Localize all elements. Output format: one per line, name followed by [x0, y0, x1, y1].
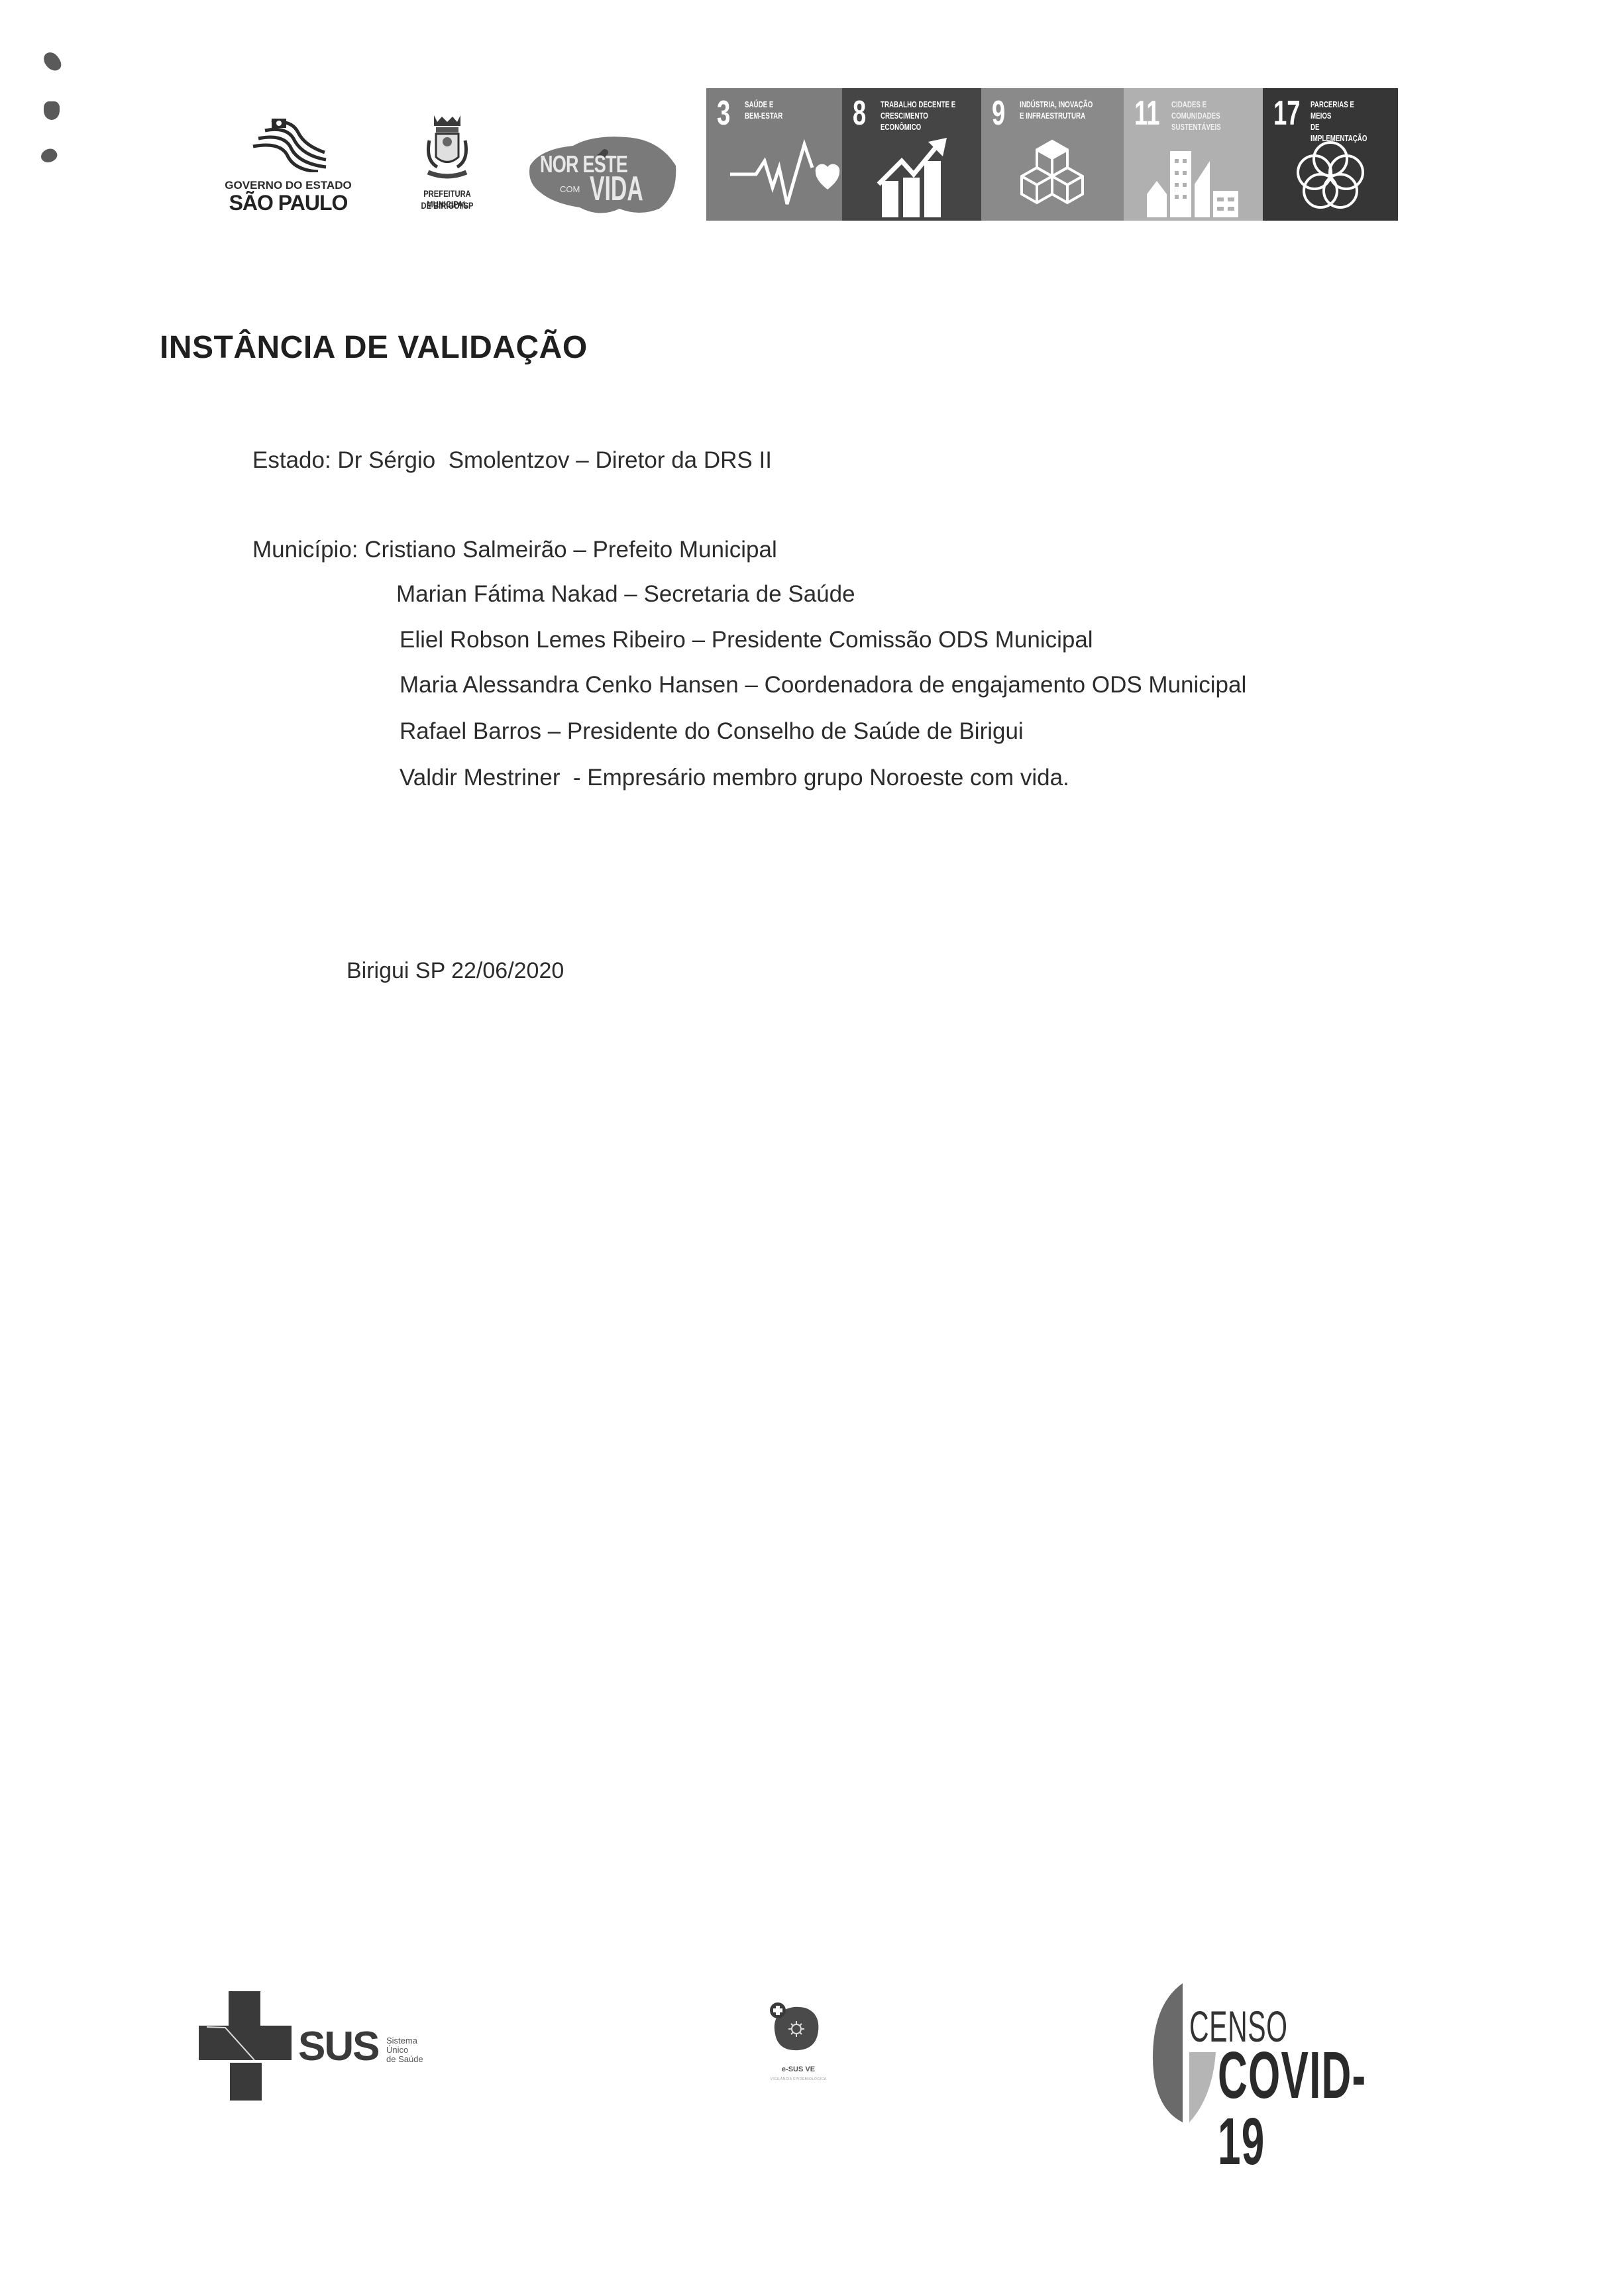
sus-sub-line: Sistema [386, 2036, 423, 2046]
member-line: Rafael Barros – Presidente do Conselho d… [400, 718, 1024, 745]
member-line: Eliel Robson Lemes Ribeiro – Presidente … [400, 627, 1093, 653]
member-line: Maria Alessandra Cenko Hansen – Coordena… [400, 672, 1246, 698]
sdg-number: 9 [992, 96, 1005, 131]
sus-subtitle: Sistema Único de Saúde [386, 2036, 423, 2064]
sdg-label: CIDADES E COMUNIDADES SUSTENTÁVEIS [1171, 99, 1221, 133]
estado-line: Estado: Dr Sérgio Smolentzov – Diretor d… [252, 447, 772, 474]
city-buildings-icon [1124, 138, 1263, 217]
noroeste-com: COM [560, 184, 580, 194]
place-date: Birigui SP 22/06/2020 [347, 958, 564, 984]
sus-wordmark: SUS [298, 2023, 378, 2070]
birigui-crest-icon [424, 114, 470, 184]
esus-ve-label: e-SUS VE [762, 2065, 835, 2073]
sdg-tile-11: 11 CIDADES E COMUNIDADES SUSTENTÁVEIS [1124, 88, 1263, 221]
sdg-tile-9: 9 INDÚSTRIA, INOVAÇÃO E INFRAESTRUTURA [981, 88, 1124, 221]
sao-paulo-line1: GOVERNO DO ESTADO [219, 179, 358, 192]
sdg-goals-strip: 3 SAÚDE E BEM-ESTAR 8 TRABALHO DECENTE E… [706, 88, 1405, 221]
municipio-line: Município: Cristiano Salmeirão – Prefeit… [252, 537, 777, 563]
cubes-icon [981, 138, 1124, 217]
sdg-label: SAÚDE E BEM-ESTAR [745, 99, 782, 121]
esus-ve-subtitle: VIGILÂNCIA EPIDEMIOLÓGICA [762, 2077, 835, 2081]
sdg-tile-17: 17 PARCERIAS E MEIOS DE IMPLEMENTAÇÃO [1263, 88, 1398, 221]
sus-sub-line: de Saúde [386, 2055, 423, 2064]
heartbeat-icon [706, 138, 842, 217]
sdg-number: 11 [1134, 96, 1159, 131]
page-title: INSTÂNCIA DE VALIDAÇÃO [160, 329, 588, 366]
sao-paulo-government-logo: GOVERNO DO ESTADO SÃO PAULO [219, 116, 358, 215]
scan-mark [44, 101, 60, 120]
sdg-tile-3: 3 SAÚDE E BEM-ESTAR [706, 88, 842, 221]
sdg-label: PARCERIAS E MEIOS DE IMPLEMENTAÇÃO [1311, 99, 1376, 144]
sdg-tile-8: 8 TRABALHO DECENTE E CRESCIMENTO ECONÔMI… [842, 88, 981, 221]
esus-ve-logo: e-SUS VE VIGILÂNCIA EPIDEMIOLÓGICA [762, 1991, 835, 2091]
sdg-number: 17 [1273, 96, 1300, 131]
sus-logo: SUS Sistema Único de Saúde [199, 1991, 451, 2101]
scan-mark [38, 146, 59, 166]
censo-covid-logo: CENSO COVID-19 [1150, 1978, 1415, 2124]
birigui-line2: DE BIRIGUI/SP [407, 200, 487, 211]
sdg-number: 8 [853, 96, 866, 131]
scan-mark [41, 50, 64, 74]
flower-rings-icon [1263, 138, 1398, 217]
sus-cross-icon [199, 1991, 298, 2101]
covid-label: COVID-19 [1218, 2042, 1366, 2175]
sdg-label: TRABALHO DECENTE E CRESCIMENTO ECONÔMICO [881, 99, 955, 133]
virus-icon [769, 2001, 822, 2054]
sao-paulo-flag-icon [252, 116, 331, 172]
sdg-label: INDÚSTRIA, INOVAÇÃO E INFRAESTRUTURA [1020, 99, 1093, 121]
member-line: Marian Fátima Nakad – Secretaria de Saúd… [396, 581, 855, 608]
growth-chart-icon [842, 138, 981, 217]
noroeste-vida: VIDA [590, 169, 643, 209]
sao-paulo-line2: SÃO PAULO [219, 191, 358, 215]
sdg-number: 3 [717, 96, 730, 131]
member-line: Valdir Mestriner - Empresário membro gru… [400, 765, 1069, 791]
sus-sub-line: Único [386, 2046, 423, 2055]
birigui-prefeitura-logo: PREFEITURA MUNICIPAL DE BIRIGUI/SP [398, 114, 504, 220]
noroeste-com-vida-logo: NOR ESTE COM VIDA [527, 129, 679, 219]
